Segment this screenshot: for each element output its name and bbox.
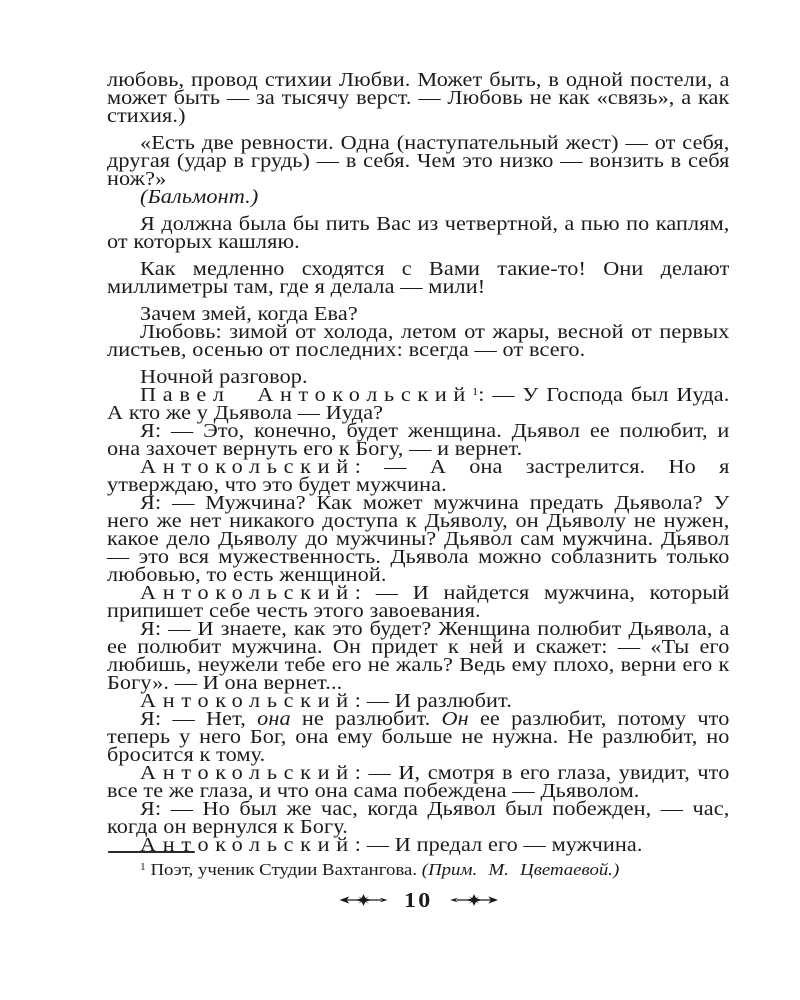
- text-segment: Я: — И знаете, как это будет? Женщина по…: [107, 619, 729, 694]
- paragraph: Я: — Это, конечно, будет женщина. Дьявол…: [107, 423, 729, 459]
- page-content: любовь, провод стихии Любви. Может быть,…: [107, 72, 729, 992]
- text-segment: (Бальмонт.): [140, 187, 258, 208]
- paragraph: «Есть две ревности. Одна (наступательный…: [107, 135, 729, 189]
- text-segment: Любовь: зимой от холода, летом от жары, …: [107, 322, 729, 361]
- footnote-text: Поэт, ученик Студии Вахтангова.: [150, 860, 421, 879]
- paragraph: Антокольский: — И, смотря в его глаза, у…: [107, 765, 729, 801]
- paragraph: Антокольский: — А она застрелится. Но я …: [107, 459, 729, 495]
- paragraph: Антокольский: — И найдется мужчина, кото…: [107, 585, 729, 621]
- text-segment: Я: — Мужчина? Как может мужчина предать …: [107, 493, 729, 586]
- text-block: любовь, провод стихии Любви. Может быть,…: [107, 72, 729, 855]
- paragraph: Любовь: зимой от холода, летом от жары, …: [107, 324, 729, 360]
- text-segment: любовь, провод стихии Любви. Может быть,…: [107, 70, 729, 127]
- footnote: 1 Поэт, ученик Студии Вахтангова. (Прим.…: [107, 861, 729, 879]
- fleuron-left-icon: [338, 893, 388, 907]
- paragraph: Я: — Нет, она не разлюбит. Он ее разлюби…: [107, 711, 729, 765]
- book-page: любовь, провод стихии Любви. Может быть,…: [0, 0, 800, 1000]
- paragraph: Павел Антокольский1: — У Господа был Иуд…: [107, 387, 729, 423]
- footnote-attribution: (Прим. М. Цветаевой.): [422, 860, 619, 879]
- paragraph: Как медленно сходятся с Вами такие-то! О…: [107, 261, 729, 297]
- page-footer: 10: [107, 888, 729, 912]
- footnote-area: 1 Поэт, ученик Студии Вахтангова. (Прим.…: [107, 851, 729, 879]
- paragraph: Я: — И знаете, как это будет? Женщина по…: [107, 621, 729, 693]
- footnote-divider-line: [108, 851, 195, 853]
- text-segment: Я: — Но был же час, когда Дьявол был поб…: [107, 799, 729, 838]
- footnote-marker: 1: [140, 862, 146, 873]
- paragraph: Я: — Но был же час, когда Дьявол был поб…: [107, 801, 729, 837]
- text-segment: Я должна была бы пить Вас из четвертной,…: [107, 214, 729, 253]
- text-segment: Я: — Это, конечно, будет женщина. Дьявол…: [107, 421, 729, 460]
- paragraph: Я должна была бы пить Вас из четвертной,…: [107, 216, 729, 252]
- text-segment: «Есть две ревности. Одна (наступательный…: [107, 133, 729, 190]
- paragraph: (Бальмонт.): [107, 189, 729, 207]
- paragraph: любовь, провод стихии Любви. Может быть,…: [107, 72, 729, 126]
- text-segment: Как медленно сходятся с Вами такие-то! О…: [107, 259, 729, 298]
- paragraph: Я: — Мужчина? Как может мужчина предать …: [107, 495, 729, 585]
- fleuron-right-icon: [448, 893, 498, 907]
- page-number: 10: [404, 888, 433, 912]
